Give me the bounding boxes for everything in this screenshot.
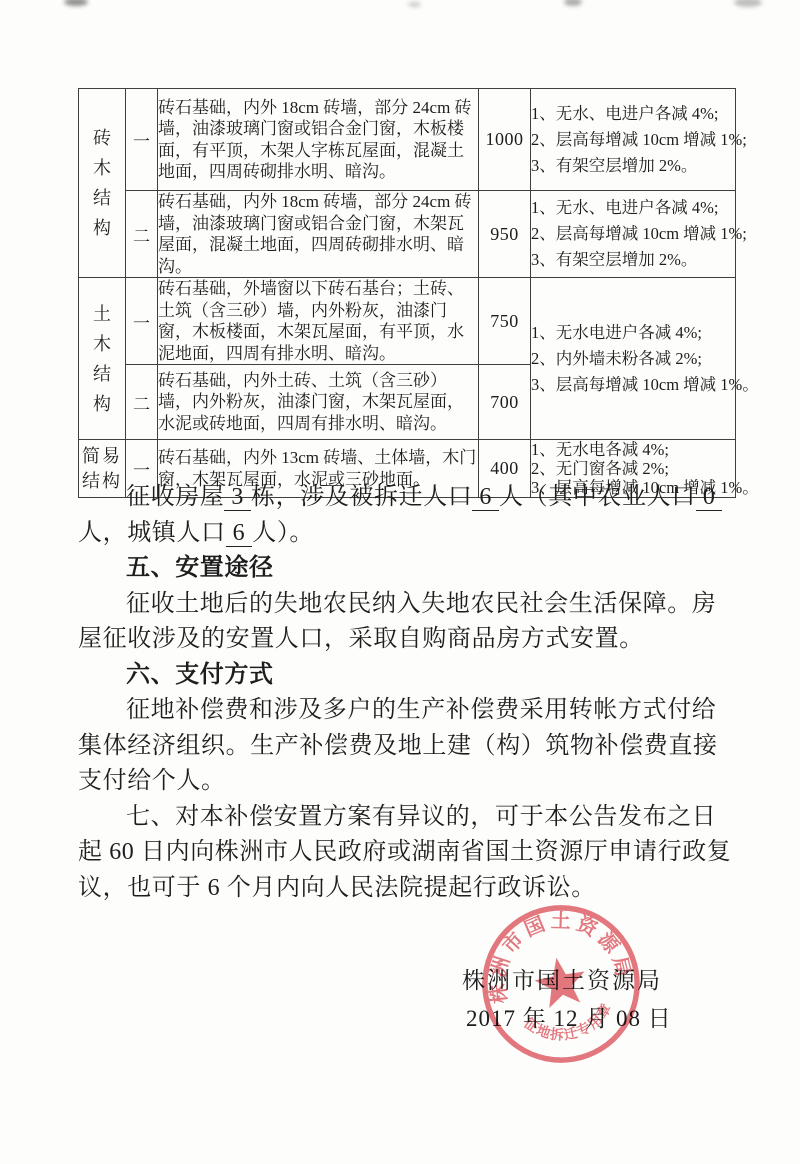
note-line: 1、无水电进户各减 4%; bbox=[531, 320, 735, 346]
note-line: 2、无门窗各减 2%; bbox=[531, 459, 735, 478]
description-cell: 砖石基础，内外 18cm 砖墙，部分 24cm 砖墙，油漆玻璃门窗或铝合金门窗，… bbox=[158, 89, 479, 191]
table-row: 土 木 结 构 一 砖石基础，外墙窗以下砖石基台；土砖、土筑（含三砂）墙，内外粉… bbox=[79, 278, 736, 365]
note-line: 2、层高每增减 10cm 增减 1%; bbox=[531, 221, 735, 247]
price-cell: 750 bbox=[479, 278, 531, 365]
grade-cell: 二 bbox=[126, 365, 158, 440]
note-line: 3、有架空层增加 2%。 bbox=[531, 153, 735, 179]
description-cell: 砖石基础，外墙窗以下砖石基台；土砖、土筑（含三砂）墙，内外粉灰，油漆门窗，木板楼… bbox=[158, 278, 479, 365]
note-line: 1、无水电各减 4%; bbox=[531, 440, 735, 459]
description-cell: 砖石基础，内外 18cm 砖墙，部分 24cm 砖墙，油漆玻璃门窗或铝合金门窗，… bbox=[158, 191, 479, 278]
star-icon bbox=[531, 953, 589, 1009]
note-line: 3、有架空层增加 2%。 bbox=[531, 247, 735, 273]
paragraph-payment: 征地补偿费和涉及多户的生产补偿费采用转帐方式付给集体经济组织。生产补偿费及地上建… bbox=[78, 693, 736, 800]
paragraph-objection: 七、对本补偿安置方案有异议的，可于本公告发布之日起 60 日内向株洲市人民政府或… bbox=[78, 800, 736, 907]
note-line: 1、无水、电进户各减 4%; bbox=[531, 195, 735, 221]
description-cell: 砖石基础，内外土砖、土筑（含三砂）墙，内外粉灰，油漆门窗，木架瓦屋面，水泥或砖地… bbox=[158, 365, 479, 440]
category-char: 结 bbox=[79, 183, 125, 213]
paragraph-housing-count: 征收房屋3栋，涉及被拆迁人口6人（其中农业人口0人，城镇人口6人）。 bbox=[78, 480, 736, 551]
category-char: 简易 bbox=[79, 444, 125, 469]
document-body: 征收房屋3栋，涉及被拆迁人口6人（其中农业人口0人，城镇人口6人）。 五、安置途… bbox=[78, 480, 736, 906]
category-char: 木 bbox=[79, 153, 125, 183]
scan-smudge bbox=[408, 2, 421, 7]
text-segment: 人）。 bbox=[252, 520, 314, 546]
category-char: 构 bbox=[79, 389, 125, 419]
text-segment: 栋，涉及被拆迁人口 bbox=[251, 484, 472, 510]
adjustment-notes-cell: 1、无水、电进户各减 4%; 2、层高每增减 10cm 增减 1%; 3、有架空… bbox=[531, 191, 736, 278]
document-page: 砖 木 结 构 一 砖石基础，内外 18cm 砖墙，部分 24cm 砖墙，油漆玻… bbox=[0, 0, 800, 1164]
adjustment-notes-cell: 1、无水、电进户各减 4%; 2、层高每增减 10cm 增减 1%; 3、有架空… bbox=[531, 89, 736, 191]
scan-smudge bbox=[64, 0, 88, 6]
category-earth-wood-structure: 土 木 结 构 bbox=[79, 278, 126, 440]
scan-smudge bbox=[564, 0, 582, 6]
underlined-number: 3 bbox=[224, 484, 251, 511]
paragraph-resettlement: 征收土地后的失地农民纳入失地农民社会生活保障。房屋征收涉及的安置人口，采取自购商… bbox=[78, 587, 736, 658]
seal-bottom-text: 征地拆迁专用章 bbox=[518, 998, 619, 1050]
category-char: 砖 bbox=[79, 123, 125, 153]
note-line: 2、层高每增减 10cm 增减 1%; bbox=[531, 127, 735, 153]
text-segment: 人，城镇人口 bbox=[78, 520, 226, 546]
text-segment: 人（其中农业人口 bbox=[499, 484, 696, 510]
heading-section-6: 六、支付方式 bbox=[78, 658, 736, 694]
grade-cell: 一 bbox=[126, 89, 158, 191]
category-char: 木 bbox=[79, 329, 125, 359]
compensation-standard-table: 砖 木 结 构 一 砖石基础，内外 18cm 砖墙，部分 24cm 砖墙，油漆玻… bbox=[78, 88, 736, 498]
note-line: 1、无水、电进户各减 4%; bbox=[531, 101, 735, 127]
grade-cell: 二 bbox=[126, 191, 158, 278]
category-char: 土 bbox=[79, 299, 125, 329]
underlined-number: 6 bbox=[472, 484, 499, 511]
underlined-number: 0 bbox=[696, 484, 723, 511]
price-cell: 700 bbox=[479, 365, 531, 440]
category-char: 构 bbox=[79, 213, 125, 243]
note-line: 2、内外墙未粉各减 2%; bbox=[531, 346, 735, 372]
adjustment-notes-cell: 1、无水电进户各减 4%; 2、内外墙未粉各减 2%; 3、层高每增减 10cm… bbox=[531, 278, 736, 440]
scan-smudge bbox=[734, 0, 762, 7]
table-row: 二 砖石基础，内外 18cm 砖墙，部分 24cm 砖墙，油漆玻璃门窗或铝合金门… bbox=[79, 191, 736, 278]
text-segment: 征收房屋 bbox=[126, 484, 224, 510]
note-line: 3、层高每增减 10cm 增减 1%。 bbox=[531, 372, 735, 398]
category-brick-wood-structure: 砖 木 结 构 bbox=[79, 89, 126, 278]
official-seal-stamp: 株洲市国土资源局 征地拆迁专用章 bbox=[464, 887, 659, 1082]
price-cell: 950 bbox=[479, 191, 531, 278]
underlined-number: 6 bbox=[226, 520, 253, 547]
heading-section-5: 五、安置途径 bbox=[78, 551, 736, 587]
price-cell: 1000 bbox=[479, 89, 531, 191]
category-char: 结 bbox=[79, 359, 125, 389]
table-row: 砖 木 结 构 一 砖石基础，内外 18cm 砖墙，部分 24cm 砖墙，油漆玻… bbox=[79, 89, 736, 191]
grade-cell: 一 bbox=[126, 278, 158, 365]
